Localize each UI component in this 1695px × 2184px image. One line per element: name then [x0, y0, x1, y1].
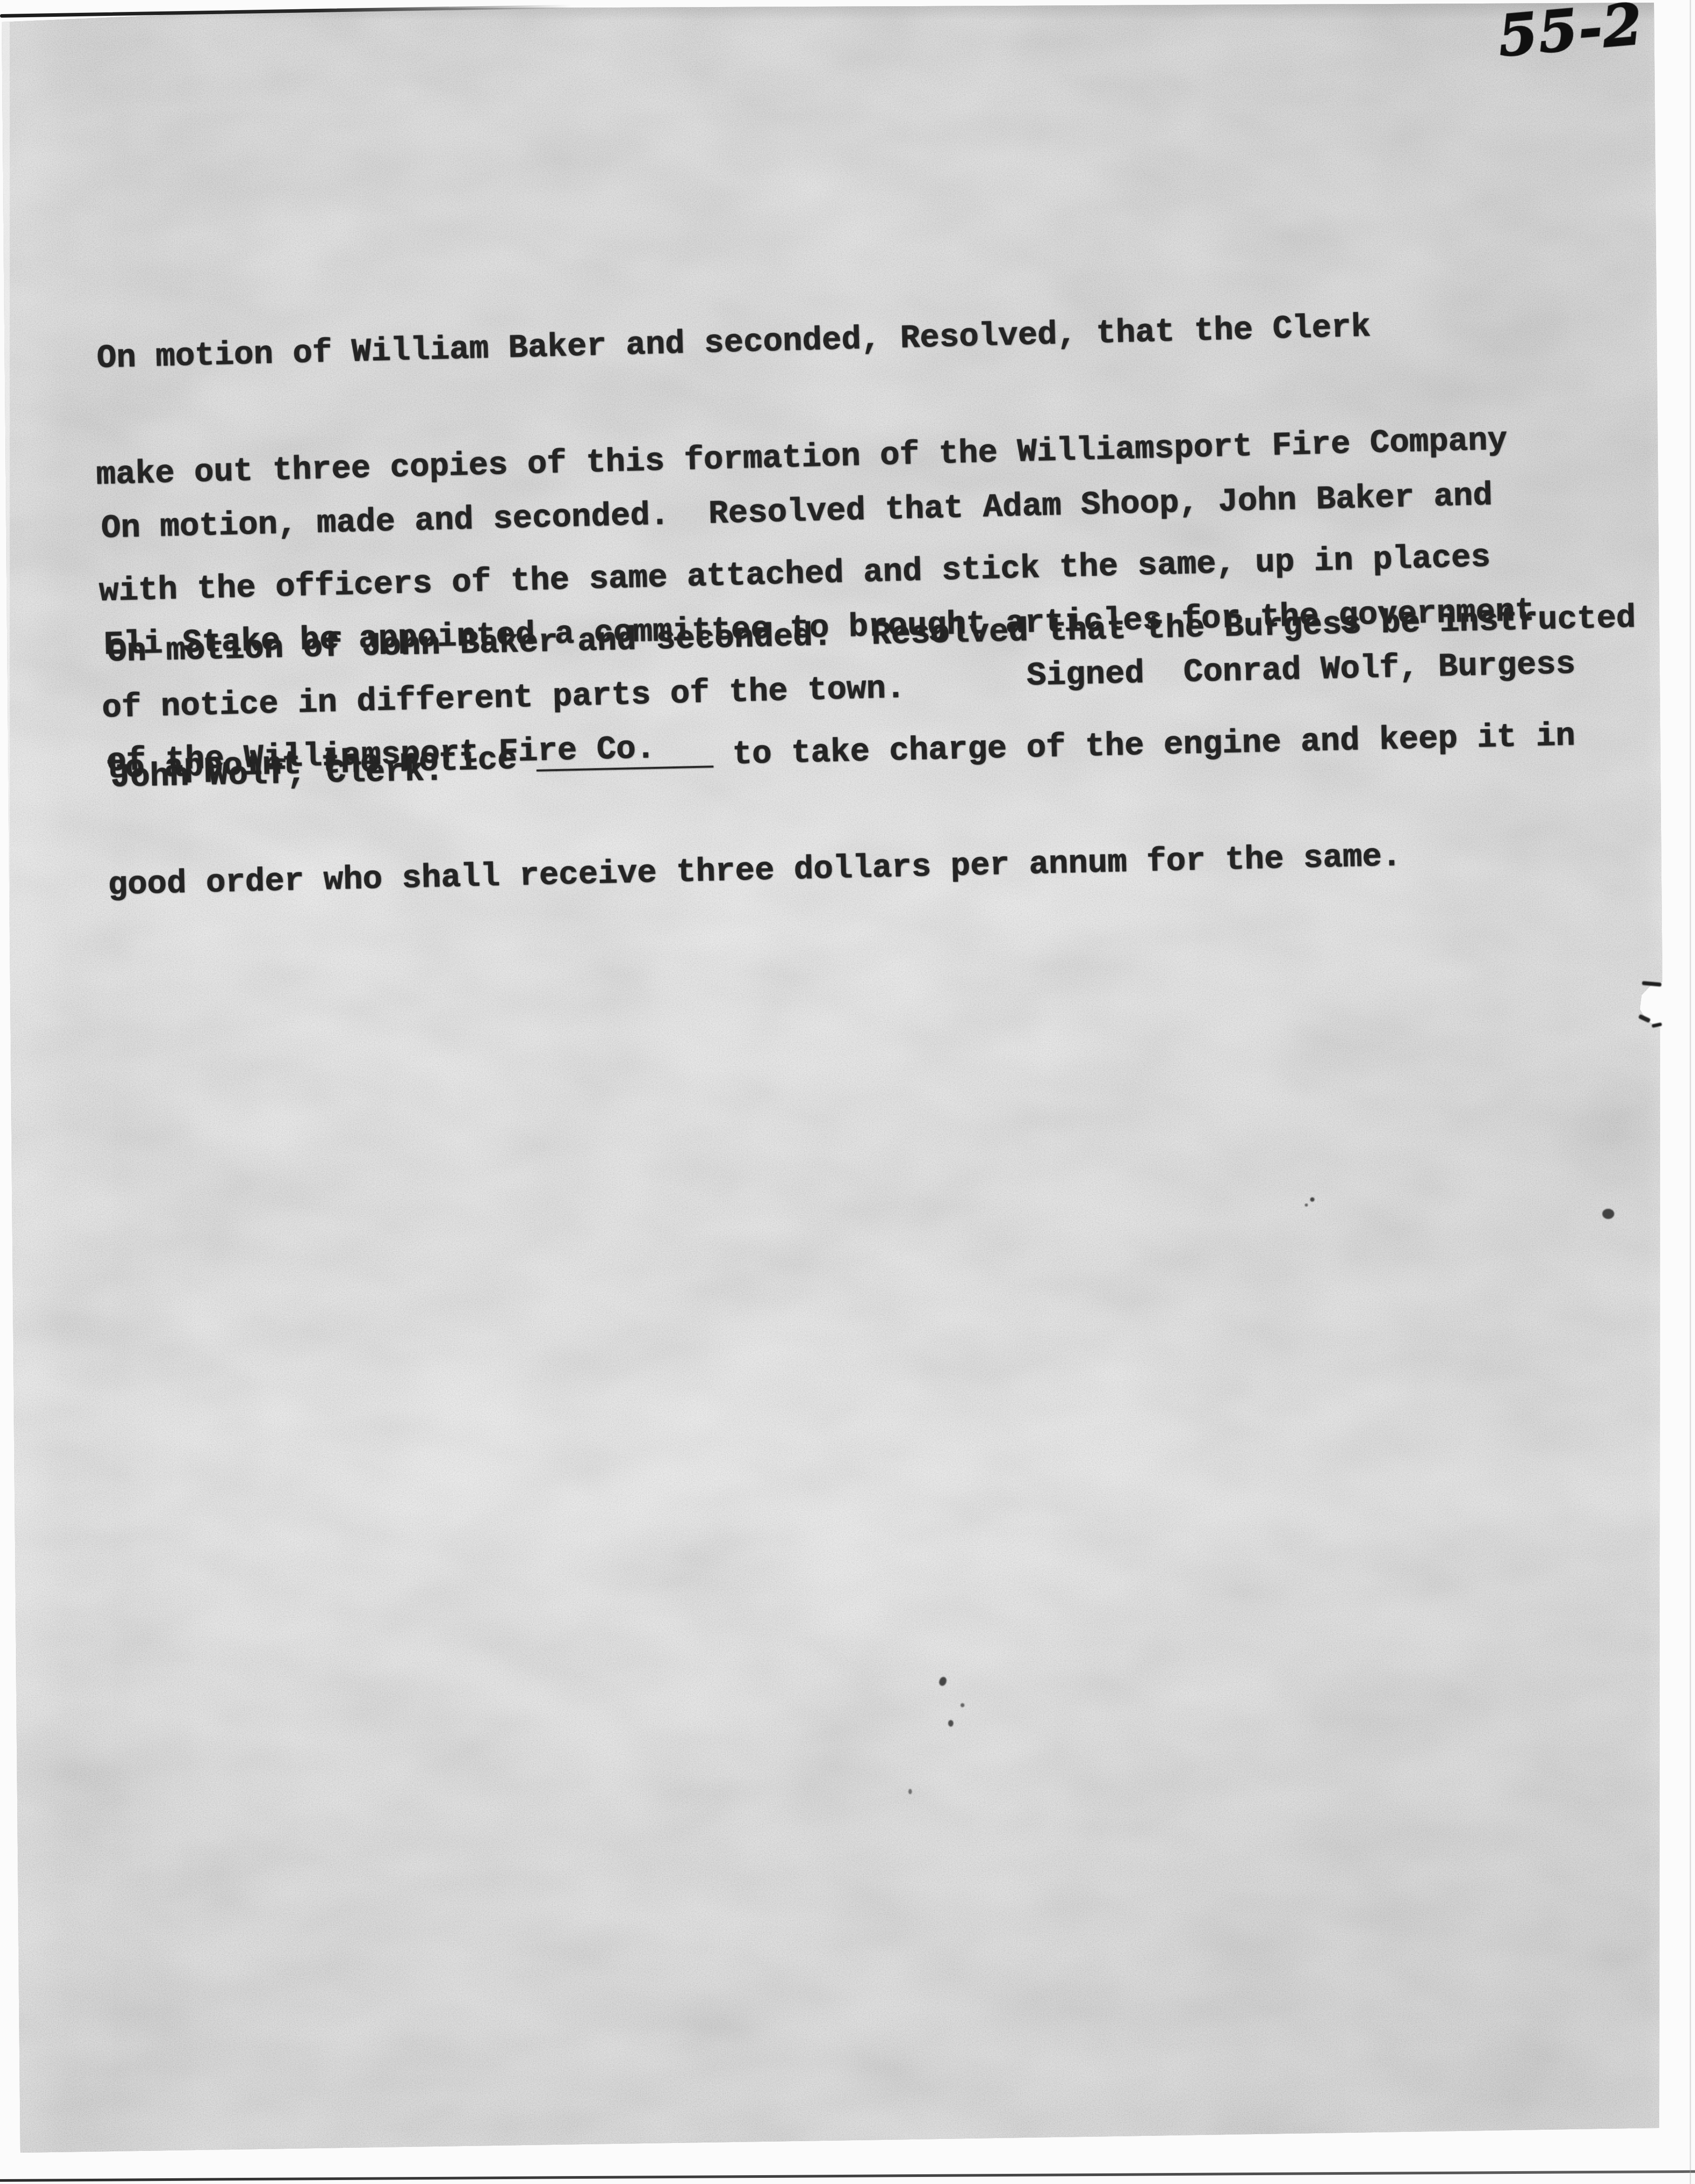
ink-speck: [960, 1703, 964, 1707]
ink-speck: [908, 1789, 912, 1794]
ink-speck: [1602, 1209, 1614, 1219]
paper-left-edge-highlight: [0, 18, 10, 2150]
ink-speck: [1310, 1197, 1315, 1202]
scanner-streak-right: [1690, 0, 1691, 2184]
ink-speck: [948, 1720, 953, 1727]
scanned-document-page: 55-2 On motion of William Baker and seco…: [0, 0, 1695, 2184]
typed-line: good order who shall receive three dolla…: [108, 832, 1642, 905]
ink-speck: [1305, 1203, 1308, 1207]
typed-line: On motion of William Baker and seconded,…: [93, 305, 1505, 378]
clerk-signature-line: John Wolf, Clerk.: [110, 752, 444, 797]
typed-paragraph-3: On motion of John Baker and seconded. Re…: [101, 521, 1643, 982]
scanner-edge-line-bottom: [0, 2170, 1695, 2182]
